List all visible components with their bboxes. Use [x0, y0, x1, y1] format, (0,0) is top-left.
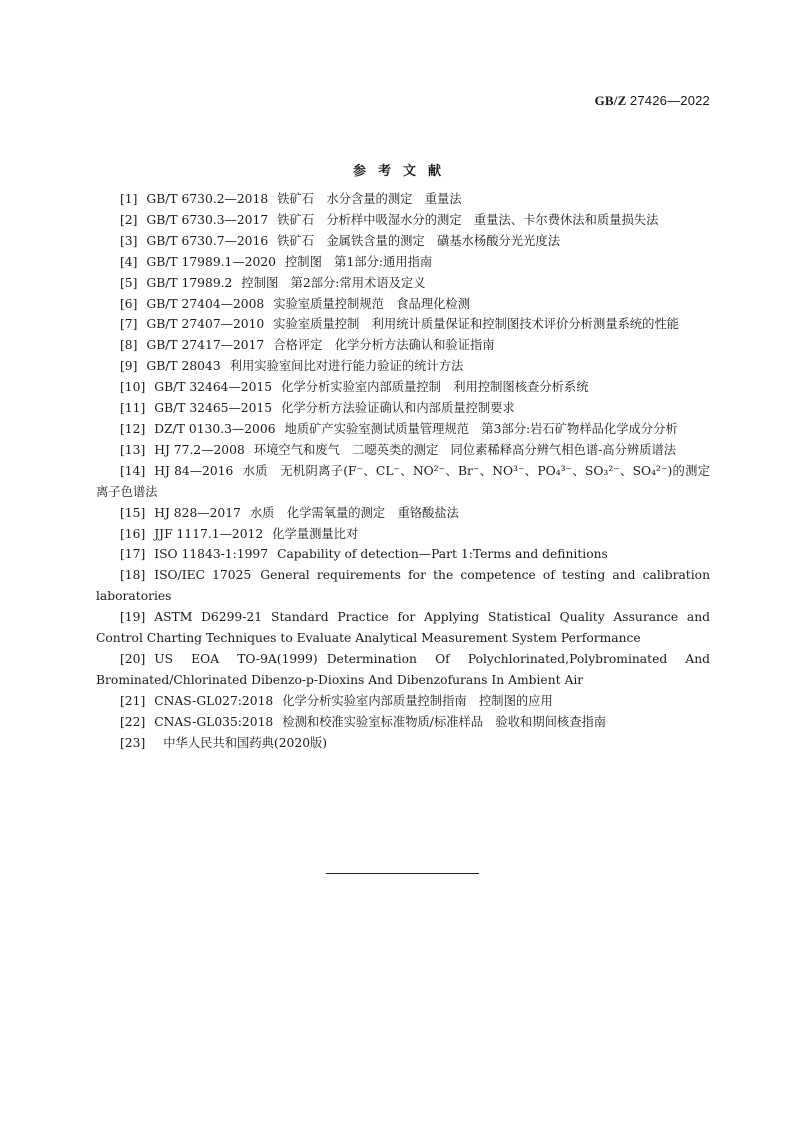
reference-title: 化学分析方法验证确认和内部质量控制要求 — [281, 401, 515, 415]
reference-item: [17]ISO 11843-1:1997Capability of detect… — [96, 544, 710, 565]
end-rule-divider — [326, 873, 479, 874]
reference-code: GB/T 27404—2008 — [146, 297, 264, 311]
reference-code: HJ 77.2—2008 — [154, 443, 245, 457]
reference-code: GB/T 32465—2015 — [154, 401, 272, 415]
reference-index: [2] — [120, 213, 137, 227]
reference-index: [19] — [120, 610, 145, 624]
reference-code: HJ 84—2016 — [154, 464, 233, 478]
reference-title: 控制图 第2部分:常用术语及定义 — [241, 276, 425, 290]
reference-index: [1] — [120, 192, 137, 206]
reference-title: 化学分析实验室内部质量控制指南 控制图的应用 — [282, 694, 553, 708]
reference-title: 铁矿石 金属铁含量的测定 磺基水杨酸分光光度法 — [277, 234, 560, 248]
reference-code: GB/T 6730.3—2017 — [146, 213, 268, 227]
reference-code: GB/T 27417—2017 — [146, 338, 264, 352]
reference-item: [3]GB/T 6730.7—2016铁矿石 金属铁含量的测定 磺基水杨酸分光光… — [96, 231, 710, 252]
reference-title: 检测和校准实验室标准物质/标准样品 验收和期间核查指南 — [282, 715, 606, 729]
reference-index: [17] — [120, 547, 145, 561]
reference-index: [15] — [120, 506, 145, 520]
reference-item: [5]GB/T 17989.2控制图 第2部分:常用术语及定义 — [96, 273, 710, 294]
reference-item: [9]GB/T 28043利用实验室间比对进行能力验证的统计方法 — [96, 356, 710, 377]
reference-code: ISO/IEC 17025 — [154, 568, 251, 582]
reference-item: [8]GB/T 27417—2017合格评定 化学分析方法确认和验证指南 — [96, 335, 710, 356]
section-title-bibliography: 参考文献 — [0, 160, 794, 179]
document-standard-number: GB/Z 27426—2022 — [595, 93, 710, 109]
reference-code: CNAS-GL027:2018 — [154, 694, 273, 708]
reference-index: [4] — [120, 255, 137, 269]
reference-item: [1]GB/T 6730.2—2018铁矿石 水分含量的测定 重量法 — [96, 189, 710, 210]
reference-item: [12]DZ/T 0130.3—2006地质矿产实验室测试质量管理规范 第3部分… — [96, 419, 710, 440]
reference-item: [7]GB/T 27407—2010实验室质量控制 利用统计质量保证和控制图技术… — [96, 314, 710, 335]
reference-code: US EOA TO-9A(1999) — [154, 652, 317, 666]
reference-index: [7] — [120, 317, 137, 331]
reference-item: [16]JJF 1117.1—2012化学量测量比对 — [96, 524, 710, 545]
reference-title: 水质 化学需氧量的测定 重铬酸盐法 — [250, 506, 459, 520]
reference-item: [19]ASTM D6299-21Standard Practice for A… — [96, 607, 710, 649]
reference-item: [21]CNAS-GL027:2018化学分析实验室内部质量控制指南 控制图的应… — [96, 691, 710, 712]
reference-index: [9] — [120, 359, 137, 373]
reference-code: GB/T 32464—2015 — [154, 380, 272, 394]
reference-title: 利用实验室间比对进行能力验证的统计方法 — [230, 359, 464, 373]
reference-title: 地质矿产实验室测试质量管理规范 第3部分:岩石矿物样品化学成分分析 — [285, 422, 678, 436]
reference-code: GB/T 28043 — [146, 359, 220, 373]
reference-index: [23] — [120, 736, 145, 750]
reference-index: [22] — [120, 715, 145, 729]
reference-code: ISO 11843-1:1997 — [154, 547, 268, 561]
reference-title: 化学量测量比对 — [272, 527, 358, 541]
reference-item: [14]HJ 84—2016水质 无机阴离子(F⁻、CL⁻、NO²⁻、Br⁻、N… — [96, 461, 710, 503]
reference-item: [18]ISO/IEC 17025General requirements fo… — [96, 565, 710, 607]
reference-code: HJ 828—2017 — [154, 506, 241, 520]
reference-index: [21] — [120, 694, 145, 708]
reference-code: DZ/T 0130.3—2006 — [154, 422, 275, 436]
reference-title: Capability of detection—Part 1:Terms and… — [277, 547, 608, 561]
reference-item: [10]GB/T 32464—2015化学分析实验室内部质量控制 利用控制图核查… — [96, 377, 710, 398]
reference-index: [18] — [120, 568, 145, 582]
reference-index: [14] — [120, 464, 145, 478]
reference-code: CNAS-GL035:2018 — [154, 715, 273, 729]
reference-title: 合格评定 化学分析方法确认和验证指南 — [273, 338, 494, 352]
reference-index: [10] — [120, 380, 145, 394]
reference-index: [3] — [120, 234, 137, 248]
reference-code: GB/T 17989.1—2020 — [146, 255, 276, 269]
reference-index: [6] — [120, 297, 137, 311]
reference-item: [23]中华人民共和国药典(2020版) — [96, 733, 710, 754]
reference-title: 控制图 第1部分:通用指南 — [285, 255, 432, 269]
reference-item: [20]US EOA TO-9A(1999)Determination Of P… — [96, 649, 710, 691]
reference-index: [8] — [120, 338, 137, 352]
reference-item: [22]CNAS-GL035:2018检测和校准实验室标准物质/标准样品 验收和… — [96, 712, 710, 733]
reference-index: [5] — [120, 276, 137, 290]
reference-item: [6]GB/T 27404—2008实验室质量控制规范 食品理化检测 — [96, 294, 710, 315]
reference-code: GB/T 6730.2—2018 — [146, 192, 268, 206]
reference-code: GB/T 6730.7—2016 — [146, 234, 268, 248]
reference-code: ASTM D6299-21 — [154, 610, 262, 624]
reference-index: [16] — [120, 527, 145, 541]
reference-index: [11] — [120, 401, 145, 415]
reference-index: [12] — [120, 422, 145, 436]
reference-title: 实验室质量控制规范 食品理化检测 — [273, 297, 470, 311]
reference-item: [13]HJ 77.2—2008环境空气和废气 二噁英类的测定 同位素稀释高分辨… — [96, 440, 710, 461]
reference-list: [1]GB/T 6730.2—2018铁矿石 水分含量的测定 重量法 [2]GB… — [96, 189, 710, 753]
reference-item: [15]HJ 828—2017水质 化学需氧量的测定 重铬酸盐法 — [96, 503, 710, 524]
reference-title: 化学分析实验室内部质量控制 利用控制图核查分析系统 — [281, 380, 588, 394]
standard-number: 27426—2022 — [630, 93, 710, 108]
reference-title: 实验室质量控制 利用统计质量保证和控制图技术评价分析测量系统的性能 — [273, 317, 679, 331]
reference-item: [4]GB/T 17989.1—2020控制图 第1部分:通用指南 — [96, 252, 710, 273]
reference-code: JJF 1117.1—2012 — [154, 527, 263, 541]
reference-title: 中华人民共和国药典(2020版) — [163, 736, 327, 750]
standard-prefix: GB/Z — [595, 93, 627, 108]
reference-item: [11]GB/T 32465—2015化学分析方法验证确认和内部质量控制要求 — [96, 398, 710, 419]
reference-code: GB/T 27407—2010 — [146, 317, 264, 331]
reference-title: 铁矿石 分析样中吸湿水分的测定 重量法、卡尔费休法和质量损失法 — [277, 213, 658, 227]
reference-code: GB/T 17989.2 — [146, 276, 232, 290]
reference-item: [2]GB/T 6730.3—2017铁矿石 分析样中吸湿水分的测定 重量法、卡… — [96, 210, 710, 231]
reference-index: [13] — [120, 443, 145, 457]
reference-index: [20] — [120, 652, 145, 666]
reference-title: 铁矿石 水分含量的测定 重量法 — [277, 192, 461, 206]
reference-title: 环境空气和废气 二噁英类的测定 同位素稀释高分辨气相色谱-高分辨质谱法 — [254, 443, 676, 457]
